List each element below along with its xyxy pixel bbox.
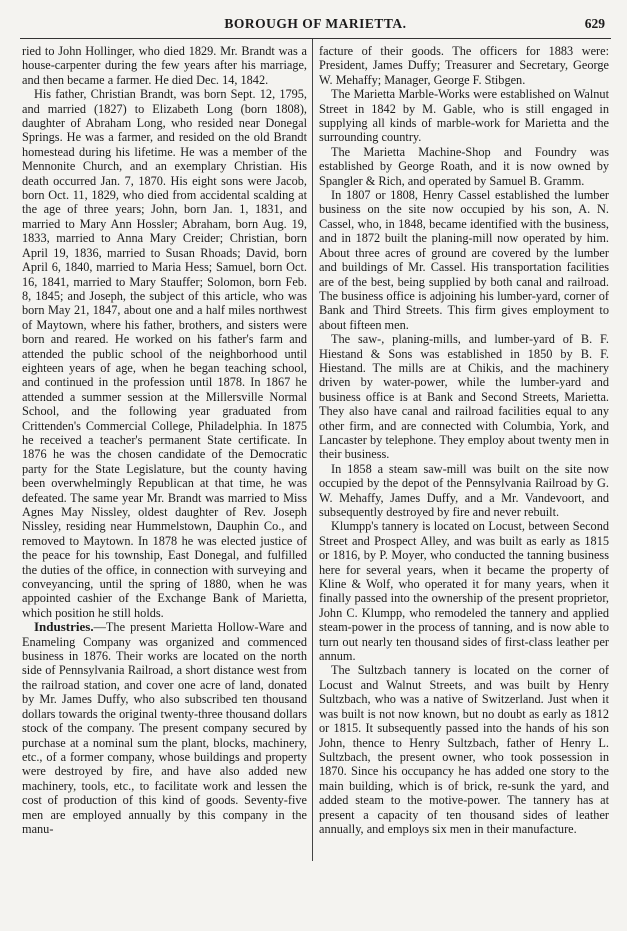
paragraph: The saw-, planing-mills, and lumber-yard…: [319, 332, 609, 462]
page-header: BOROUGH OF MARIETTA. 629: [20, 16, 611, 34]
paragraph: facture of their goods. The officers for…: [319, 44, 609, 87]
paragraph: The Marietta Machine-Shop and Foundry wa…: [319, 145, 609, 188]
header-rule: [20, 38, 611, 39]
paragraph-text: —The present Marietta Hollow-Ware and En…: [22, 620, 307, 836]
paragraph: His father, Christian Brandt, was born S…: [22, 87, 307, 620]
paragraph: The Marietta Marble-Works were establish…: [319, 87, 609, 145]
paragraph: Klumpp's tannery is located on Locust, b…: [319, 519, 609, 663]
paragraph-industries: Industries.—The present Marietta Hollow-…: [22, 620, 307, 836]
section-heading: Industries.: [34, 619, 94, 634]
left-column: ried to John Hollinger, who died 1829. M…: [22, 44, 307, 836]
column-divider: [312, 39, 313, 861]
paragraph: ried to John Hollinger, who died 1829. M…: [22, 44, 307, 87]
right-column: facture of their goods. The officers for…: [319, 44, 609, 836]
page-number: 629: [585, 16, 605, 32]
paragraph: In 1858 a steam saw-mill was built on th…: [319, 462, 609, 520]
paragraph: The Sultzbach tannery is located on the …: [319, 663, 609, 836]
running-title: BOROUGH OF MARIETTA.: [20, 16, 611, 32]
paragraph: In 1807 or 1808, Henry Cassel establishe…: [319, 188, 609, 332]
